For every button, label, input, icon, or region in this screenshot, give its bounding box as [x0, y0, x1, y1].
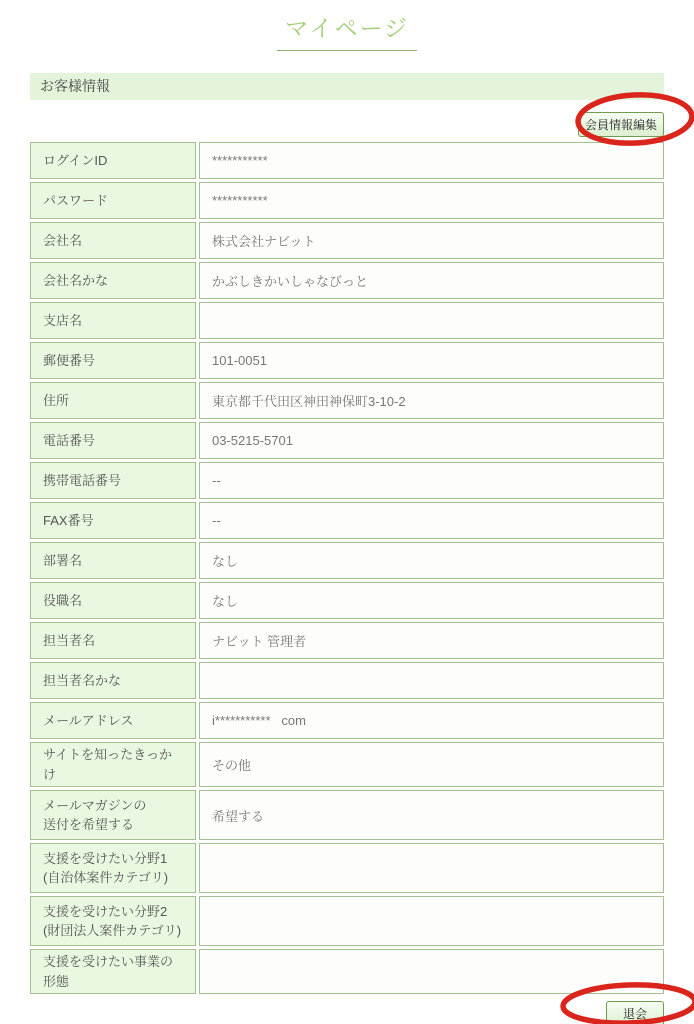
section-header-customer-info: お客様情報	[30, 73, 664, 100]
withdraw-button[interactable]: 退会	[606, 1001, 664, 1024]
field-label: メールマガジンの 送付を希望する	[30, 790, 196, 840]
field-value: --	[199, 502, 664, 539]
field-label: 支援を受けたい分野1 (自治体案件カテゴリ)	[30, 843, 196, 893]
field-value: 101-0051	[199, 342, 664, 379]
field-value: i*********** com	[199, 702, 664, 739]
field-label: 郵便番号	[30, 342, 196, 379]
page-title: マイページ	[277, 8, 417, 51]
field-value: かぶしきかいしゃなびっと	[199, 262, 664, 299]
field-label: メールアドレス	[30, 702, 196, 739]
table-row: 会社名 株式会社ナビット	[30, 222, 664, 259]
table-row: パスワード ***********	[30, 182, 664, 219]
table-row: 会社名かな かぶしきかいしゃなびっと	[30, 262, 664, 299]
field-value	[199, 302, 664, 339]
field-label: サイトを知ったきっかけ	[30, 742, 196, 787]
field-value	[199, 662, 664, 699]
field-value: なし	[199, 582, 664, 619]
field-label: 携帯電話番号	[30, 462, 196, 499]
table-row: FAX番号 --	[30, 502, 664, 539]
field-label: 会社名	[30, 222, 196, 259]
table-row: 担当者名かな	[30, 662, 664, 699]
table-row: 支援を受けたい分野1 (自治体案件カテゴリ)	[30, 843, 664, 893]
field-label: 支援を受けたい分野2 (財団法人案件カテゴリ)	[30, 896, 196, 946]
field-value: 株式会社ナビット	[199, 222, 664, 259]
table-row: 電話番号 03-5215-5701	[30, 422, 664, 459]
field-label: 電話番号	[30, 422, 196, 459]
table-row: 住所 東京都千代田区神田神保町3-10-2	[30, 382, 664, 419]
table-row: メールマガジンの 送付を希望する 希望する	[30, 790, 664, 840]
field-label: 住所	[30, 382, 196, 419]
field-value: ***********	[199, 182, 664, 219]
field-value: ナビット 管理者	[199, 622, 664, 659]
table-row: 役職名 なし	[30, 582, 664, 619]
field-label: FAX番号	[30, 502, 196, 539]
table-row: ログインID ***********	[30, 142, 664, 179]
field-label: 支援を受けたい事業の形態	[30, 949, 196, 994]
field-label: 担当者名	[30, 622, 196, 659]
field-value: なし	[199, 542, 664, 579]
edit-button-row: 会員情報編集	[30, 100, 664, 142]
field-label: 部署名	[30, 542, 196, 579]
field-label: 会社名かな	[30, 262, 196, 299]
table-row: 支店名	[30, 302, 664, 339]
field-label: パスワード	[30, 182, 196, 219]
table-row: 担当者名 ナビット 管理者	[30, 622, 664, 659]
table-row: サイトを知ったきっかけ その他	[30, 742, 664, 787]
field-label: ログインID	[30, 142, 196, 179]
table-row: 支援を受けたい分野2 (財団法人案件カテゴリ)	[30, 896, 664, 946]
table-row: 郵便番号 101-0051	[30, 342, 664, 379]
field-value	[199, 896, 664, 946]
table-row: 部署名 なし	[30, 542, 664, 579]
field-label: 担当者名かな	[30, 662, 196, 699]
field-value	[199, 843, 664, 893]
table-row: 支援を受けたい事業の形態	[30, 949, 664, 994]
field-label: 役職名	[30, 582, 196, 619]
field-value: --	[199, 462, 664, 499]
table-row: メールアドレス i*********** com	[30, 702, 664, 739]
edit-member-info-button[interactable]: 会員情報編集	[578, 112, 664, 137]
field-value: 東京都千代田区神田神保町3-10-2	[199, 382, 664, 419]
table-row: 携帯電話番号 --	[30, 462, 664, 499]
withdraw-button-row: 退会	[30, 1001, 664, 1024]
customer-info-table: ログインID *********** パスワード *********** 会社名…	[30, 142, 664, 994]
field-value: その他	[199, 742, 664, 787]
field-value: ***********	[199, 142, 664, 179]
field-value: 希望する	[199, 790, 664, 840]
field-value: 03-5215-5701	[199, 422, 664, 459]
field-value	[199, 949, 664, 994]
field-label: 支店名	[30, 302, 196, 339]
